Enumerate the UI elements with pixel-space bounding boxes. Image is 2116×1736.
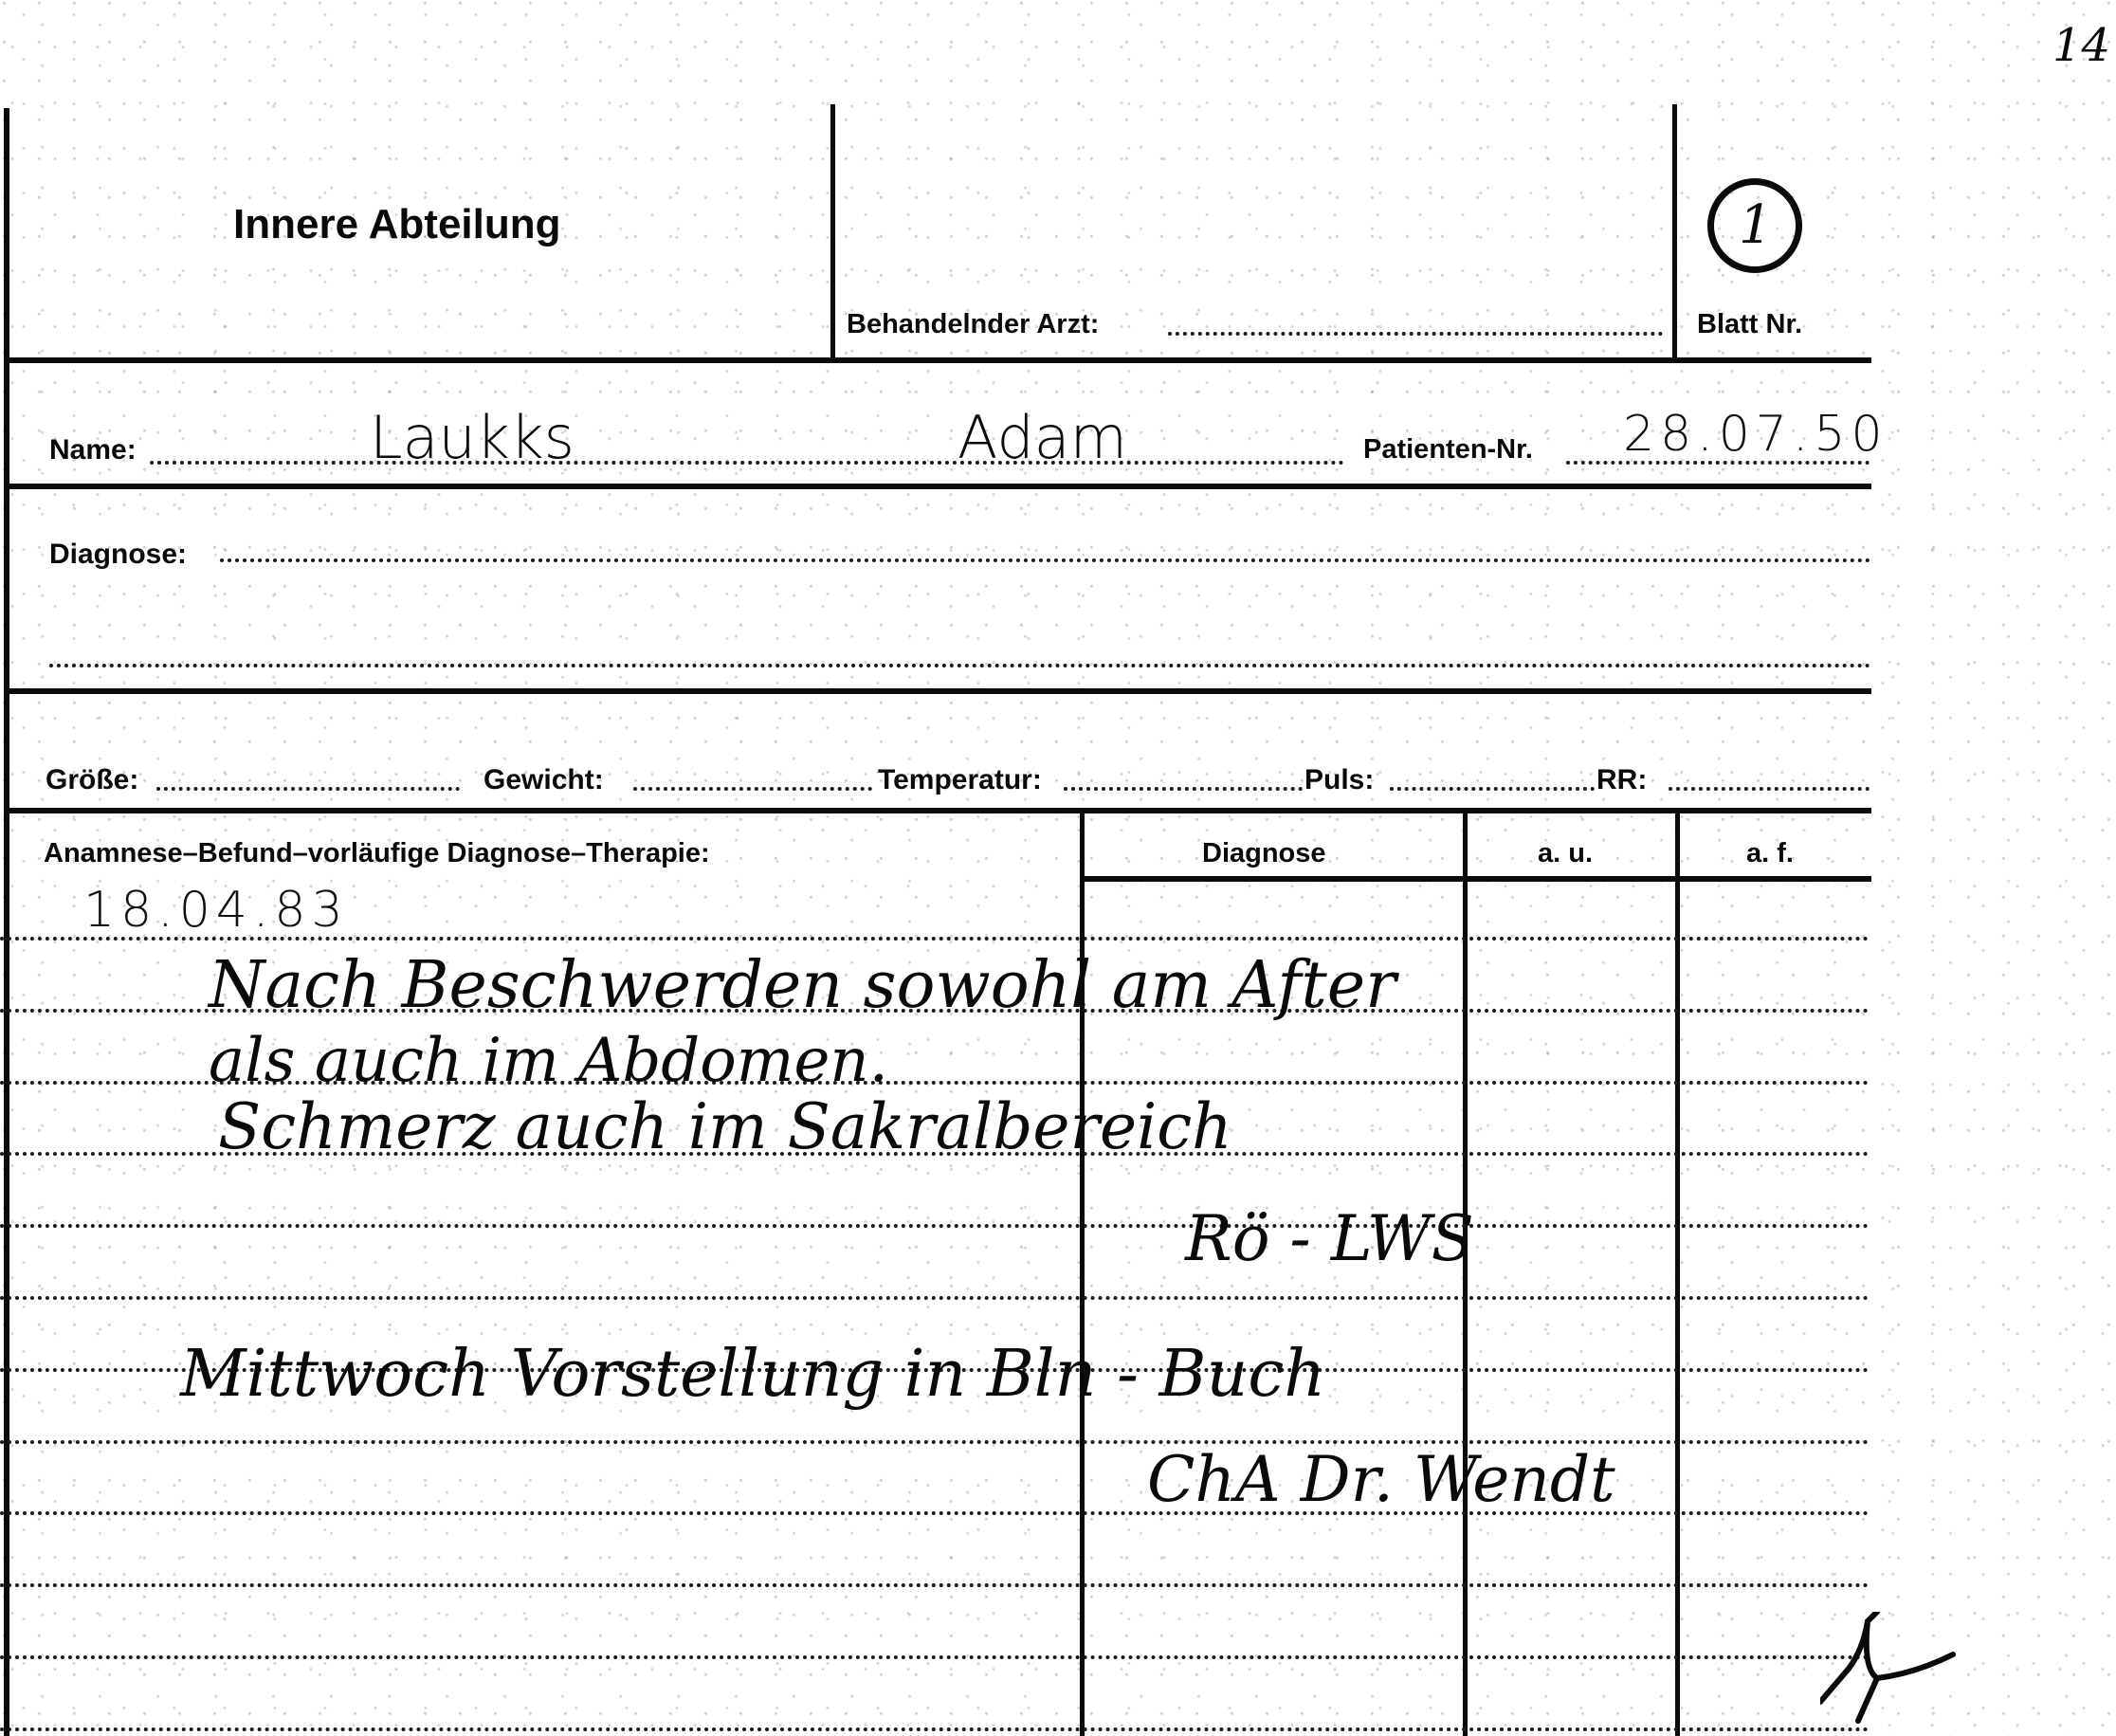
treating-doctor-field[interactable] (1168, 332, 1663, 336)
column-header-diagnosis: Diagnose (1202, 838, 1326, 869)
ruled-line (0, 1296, 1870, 1300)
rr-label: RR: (1596, 764, 1647, 796)
weight-field[interactable] (633, 787, 872, 791)
pulse-field[interactable] (1390, 787, 1595, 791)
name-field[interactable] (150, 461, 1344, 465)
ruled-line (0, 1655, 1870, 1659)
note-date: 18.04.83 (83, 882, 349, 939)
header-bottom-line (4, 357, 1871, 363)
department-title: Innere Abteilung (233, 201, 561, 248)
ruled-line (0, 1583, 1870, 1587)
diagnosis-label: Diagnose: (49, 539, 187, 571)
height-field[interactable] (156, 787, 460, 791)
note-line-3: Schmerz auch im Sakralbereich (218, 1090, 1232, 1163)
rr-field[interactable] (1669, 787, 1870, 791)
column-header-au: a. u. (1538, 838, 1593, 869)
treating-doctor-label: Behandelnder Arzt: (847, 309, 1099, 340)
sheet-number-label: Blatt Nr. (1697, 309, 1802, 340)
note-line-1: Nach Beschwerden sowohl am After (209, 948, 1396, 1023)
weight-label: Gewicht: (483, 764, 604, 796)
pulse-label: Puls: (1304, 764, 1374, 796)
temperature-label: Temperatur: (878, 764, 1042, 796)
vitals-row-bottom-line (4, 808, 1871, 813)
column-header-af: a. f. (1746, 838, 1794, 869)
height-label: Größe: (46, 764, 138, 796)
form-left-border (4, 108, 9, 1736)
name-label: Name: (49, 434, 137, 466)
patient-nr-label: Patienten-Nr. (1363, 434, 1533, 466)
history-header: Anamnese–Befund–vorläufige Diagnose–Ther… (44, 838, 710, 869)
note-line-4: Rö - LWS (1185, 1202, 1474, 1275)
ruled-line (0, 1224, 1870, 1228)
diagnosis-row-bottom-line (4, 688, 1871, 694)
temperature-field[interactable] (1064, 787, 1303, 791)
diagnosis-field-line-2[interactable] (49, 664, 1871, 667)
header-divider-2 (1672, 104, 1677, 362)
ruled-line (0, 1727, 1870, 1731)
patient-surname: Laukks (370, 403, 575, 472)
note-line-6: ChA Dr. Wendt (1147, 1443, 1615, 1516)
note-line-5: Mittwoch Vorstellung in Bln - Buch (180, 1337, 1325, 1412)
header-divider-1 (830, 104, 835, 362)
column-divider-af (1675, 811, 1680, 1736)
patient-first-name: Adam (958, 403, 1127, 472)
note-line-2: als auch im Abdomen. (209, 1026, 888, 1096)
page-number: 14 (2052, 19, 2110, 72)
sheet-number-value: 1 (1739, 194, 1773, 256)
table-header-bottom-line (1083, 876, 1871, 882)
diagnosis-field-line-1[interactable] (220, 558, 1871, 562)
signature-mark (1820, 1612, 2010, 1735)
patient-nr-value: 28.07.50 (1623, 406, 1888, 463)
name-row-bottom-line (4, 484, 1871, 489)
